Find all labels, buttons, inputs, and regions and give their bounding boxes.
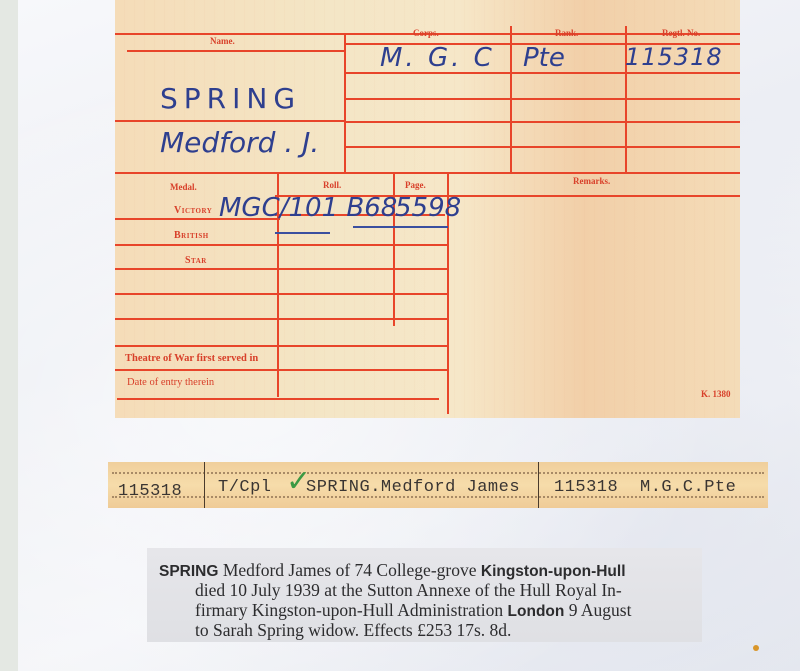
paper-stain — [753, 645, 759, 651]
card-rule — [115, 244, 447, 246]
probate-line-1: SPRING Medford James of 74 College-grove… — [159, 560, 626, 582]
label-page: Page. — [405, 180, 426, 190]
card-rule — [115, 293, 447, 295]
probate-text: 9 August — [564, 600, 631, 620]
label-rank: Rank. — [555, 28, 578, 38]
probate-line-2: died 10 July 1939 at the Sutton Annexe o… — [195, 580, 622, 600]
strip-separator — [538, 462, 539, 508]
ink-underline — [353, 226, 448, 228]
probate-registry: London — [508, 603, 565, 620]
label-medal-star: Star — [185, 255, 207, 266]
strip-number-right: 115318 — [554, 478, 618, 497]
card-rule — [127, 50, 345, 52]
label-medal-victory: Victory — [174, 205, 212, 216]
label-roll: Roll. — [323, 180, 341, 190]
handwritten-corps: M. G. C — [380, 43, 495, 73]
label-date-of-entry: Date of entry therein — [127, 377, 214, 388]
strip-dotted-rule — [112, 472, 764, 474]
card-rule — [345, 146, 740, 148]
strip-unit: M.G.C.Pte — [640, 478, 736, 497]
probate-surname: SPRING — [159, 563, 218, 580]
card-rule — [345, 121, 740, 123]
card-rule — [115, 120, 345, 122]
ink-underline — [275, 232, 330, 234]
probate-place: Kingston-upon-Hull — [481, 563, 626, 580]
strip-name: SPRING.Medford James — [306, 478, 520, 497]
card-rule — [117, 398, 439, 400]
card-rule — [510, 26, 512, 172]
label-remarks: Remarks. — [573, 176, 610, 186]
label-name: Name. — [210, 36, 235, 46]
handwritten-forename: Medford . J. — [160, 126, 319, 159]
card-rule — [115, 369, 447, 371]
medal-index-card: Name. Corps. Rank. Regtl. No. Medal. Rol… — [115, 0, 740, 418]
card-rule — [115, 172, 740, 174]
card-rule — [115, 318, 447, 320]
strip-separator — [204, 462, 205, 508]
probate-calendar-clipping: SPRING Medford James of 74 College-grove… — [147, 548, 702, 642]
handwritten-victory-page: 5598 — [395, 193, 461, 223]
card-rule — [345, 98, 740, 100]
label-corps: Corps. — [413, 28, 439, 38]
scan-left-margin — [0, 0, 18, 671]
handwritten-victory-roll: MGC/101 B68 — [219, 193, 397, 223]
medal-roll-index-strip: 115318 T/Cpl ✓ SPRING.Medford James 1153… — [108, 462, 768, 508]
strip-rank: T/Cpl — [218, 478, 272, 497]
label-regtl-no: Regtl. No. — [662, 28, 700, 38]
probate-line-3: firmary Kingston-upon-Hull Administratio… — [195, 600, 631, 622]
handwritten-rank: Pte — [523, 43, 565, 73]
card-rule — [115, 345, 447, 347]
form-code: K. 1380 — [701, 389, 731, 399]
probate-text: Medford James of 74 College-grove — [218, 560, 480, 580]
handwritten-surname: SPRING — [160, 82, 301, 115]
card-rule — [344, 33, 346, 173]
handwritten-regtl-no: 115318 — [625, 43, 723, 71]
label-medal-british: British — [174, 230, 209, 241]
label-medal: Medal. — [170, 182, 197, 192]
card-rule — [115, 268, 447, 270]
label-theatre-of-war: Theatre of War first served in — [125, 353, 258, 364]
strip-number-left: 115318 — [118, 482, 182, 501]
probate-text: firmary Kingston-upon-Hull Administratio… — [195, 600, 508, 620]
probate-line-4: to Sarah Spring widow. Effects £253 17s.… — [195, 620, 511, 640]
